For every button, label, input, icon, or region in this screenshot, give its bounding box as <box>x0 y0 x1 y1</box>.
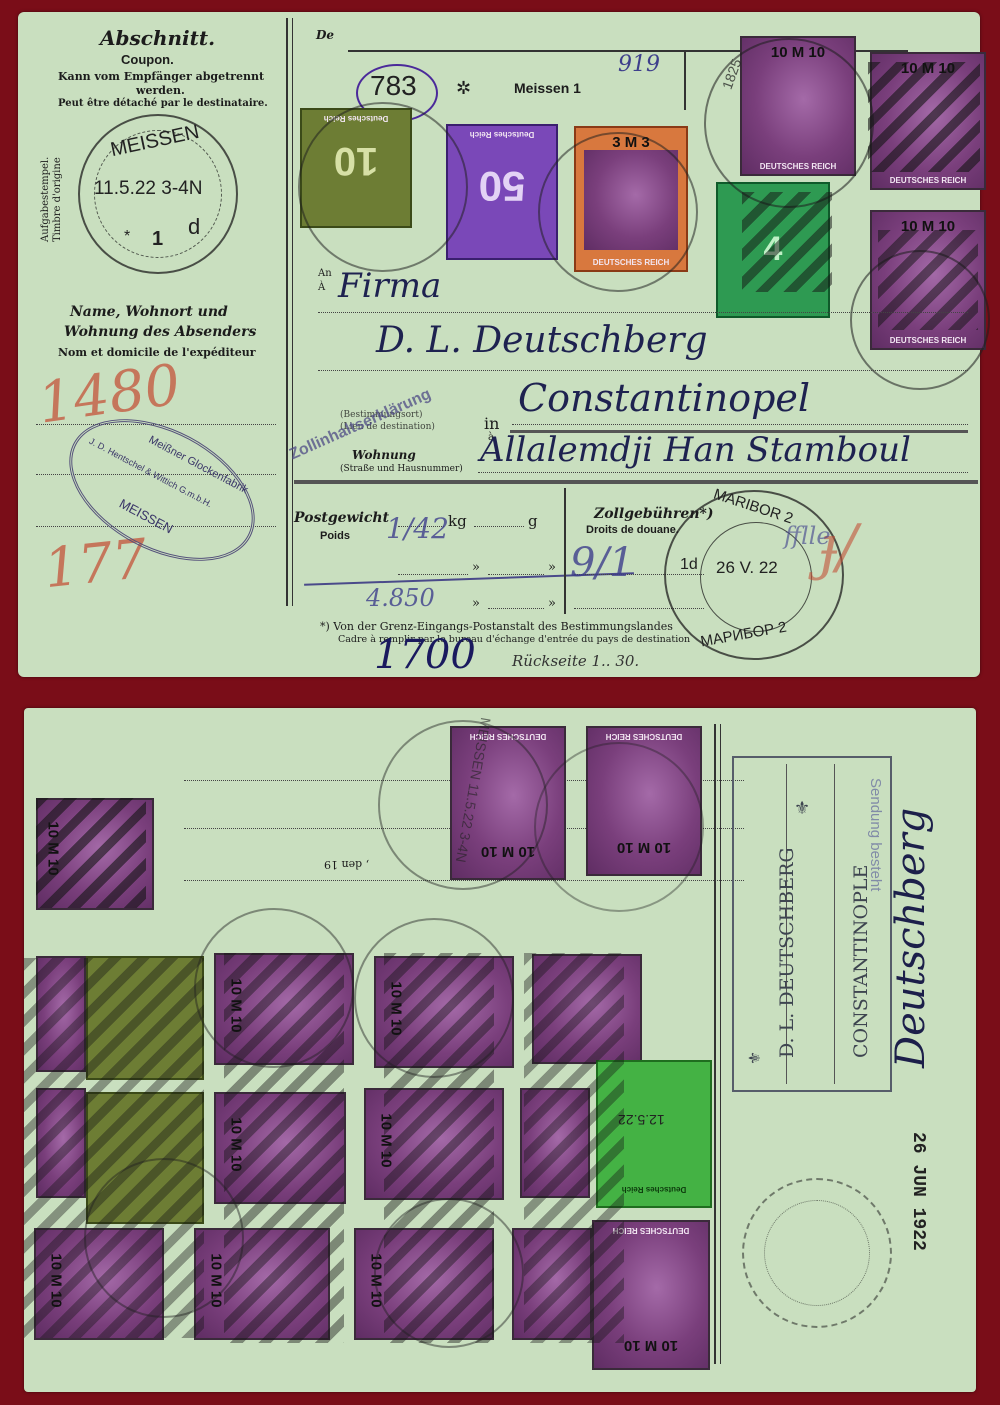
postmark-transit-date: 26 V. 22 <box>716 558 778 578</box>
back-postmark-top-1: MEISSEN 11.5.22 3-4N <box>378 720 548 890</box>
cancel-bars-3 <box>878 230 978 330</box>
handwritten-total: 1700 <box>374 632 476 678</box>
back-postmark-4 <box>374 1198 524 1348</box>
ornament-icon-2: ⚜ <box>745 1051 765 1065</box>
receiver-stamp-line2: CONSTANTINOPLE <box>850 865 872 1058</box>
sender-stamp-line1: Meißner Glockenfabrik <box>147 434 250 497</box>
postmark-transit-code: 1d <box>680 556 698 574</box>
wohnung-label-de: Wohnung <box>352 448 416 462</box>
back-postmark-3 <box>84 1158 244 1318</box>
coupon-title: Abschnitt. <box>100 26 215 50</box>
coupon-side-label-de: Aufgabestempel. <box>40 157 51 242</box>
back-cancel-bars-5 <box>524 953 624 1343</box>
de-label: De <box>316 28 334 42</box>
cancel-bars-2 <box>742 192 832 292</box>
a-label: À <box>318 282 325 293</box>
sender-label-de-2: Wohnung des Absenders <box>64 324 256 340</box>
parcel-card-front: Abschnitt. Coupon. Kann vom Empfänger ab… <box>18 12 980 677</box>
coupon-subtitle: Coupon. <box>121 52 174 67</box>
arrival-date: 26 JUN 1922 <box>908 1132 928 1251</box>
star-icon: ✲ <box>456 78 471 99</box>
coupon-note-de-1: Kann vom Empfänger abgetrennt <box>58 70 264 83</box>
ditto-1: » <box>472 560 480 575</box>
ditto-4: » <box>548 596 556 611</box>
destination-street: Allalemdji Han Stamboul <box>480 430 911 470</box>
back-cancel-bars-1 <box>36 798 146 908</box>
back-postmark-1 <box>194 908 354 1068</box>
sender-label-de-1: Name, Wohnort und <box>70 304 228 320</box>
sender-stamp-line3: MEISSEN <box>117 496 176 537</box>
ornament-icon: ⚜ <box>794 798 810 819</box>
customs-handwritten: 9/1 <box>570 540 634 586</box>
weight-label-fr: Poids <box>320 530 350 542</box>
handwritten-back-note: Rückseite 1.. 30. <box>512 652 639 670</box>
back-postmark-top-2 <box>534 742 704 912</box>
cancel-postmark-2 <box>538 132 698 292</box>
g-label: g <box>528 512 538 530</box>
weight-handwritten-2: 4.850 <box>366 584 435 612</box>
ditto-2: » <box>548 560 556 575</box>
address-line1: Firma <box>338 266 441 306</box>
ditto-3: » <box>472 596 480 611</box>
wohnung-label-fr: (Straße und Hausnummer) <box>340 464 463 474</box>
receiver-stamp-line1: D. L. DEUTSCHBERG <box>776 847 798 1058</box>
receiver-box-stamp: D. L. DEUTSCHBERG CONSTANTINOPLE Sendung… <box>732 756 892 1092</box>
back-form-text: , den 19 <box>324 858 369 871</box>
coupon-note-de-2: werden. <box>136 84 185 97</box>
postmark-arrival <box>742 1178 892 1328</box>
back-postmark-2 <box>354 918 514 1078</box>
receiver-signature: Deutschberg <box>888 808 934 1068</box>
cancel-bars-1 <box>868 62 980 172</box>
weight-handwritten-1: 1/42 <box>386 512 449 545</box>
receiver-stamp-overstamp: Sendung besteht <box>867 778 884 891</box>
an-label: An <box>318 268 332 279</box>
parcel-number: 783 <box>370 70 417 102</box>
customs-label-fr: Droits de douane. <box>586 524 679 536</box>
coupon-side-label-fr: Timbre d'origine <box>52 157 63 242</box>
weight-label-de: Postgewicht <box>294 510 389 526</box>
address-line2: D. L. Deutschberg <box>376 320 708 361</box>
postmark-origin-code-center: 1 <box>152 228 163 251</box>
footnote-de: *) Von der Grenz-Eingangs-Postanstalt de… <box>320 620 673 633</box>
handwritten-number: 919 <box>618 52 660 77</box>
cancel-postmark-1 <box>298 102 468 272</box>
postmark-origin-code-right: d <box>188 214 200 240</box>
transit-handwritten: ﬀlle <box>784 522 831 550</box>
postmark-origin: MEISSEN 11.5.22 3-4N * 1 d <box>78 114 238 274</box>
office-name: Meissen 1 <box>514 80 581 96</box>
parcel-card-back: , den 19 10 M 10 DEUTSCHES REICH 10 M 10… <box>24 708 976 1392</box>
cancel-postmark-3: 1825 <box>704 38 874 208</box>
postmark-origin-code-left: * <box>124 228 130 246</box>
postmark-origin-datetime: 11.5.22 3-4N <box>94 178 202 200</box>
destination-city: Constantinopel <box>518 376 810 420</box>
postmark-transit: MARIBOR 2 1d 26 V. 22 МАРИБОР 2 <box>664 490 844 660</box>
coupon-note-fr: Peut être détaché par le destinataire. <box>58 98 268 109</box>
kg-label: kg <box>448 512 467 530</box>
